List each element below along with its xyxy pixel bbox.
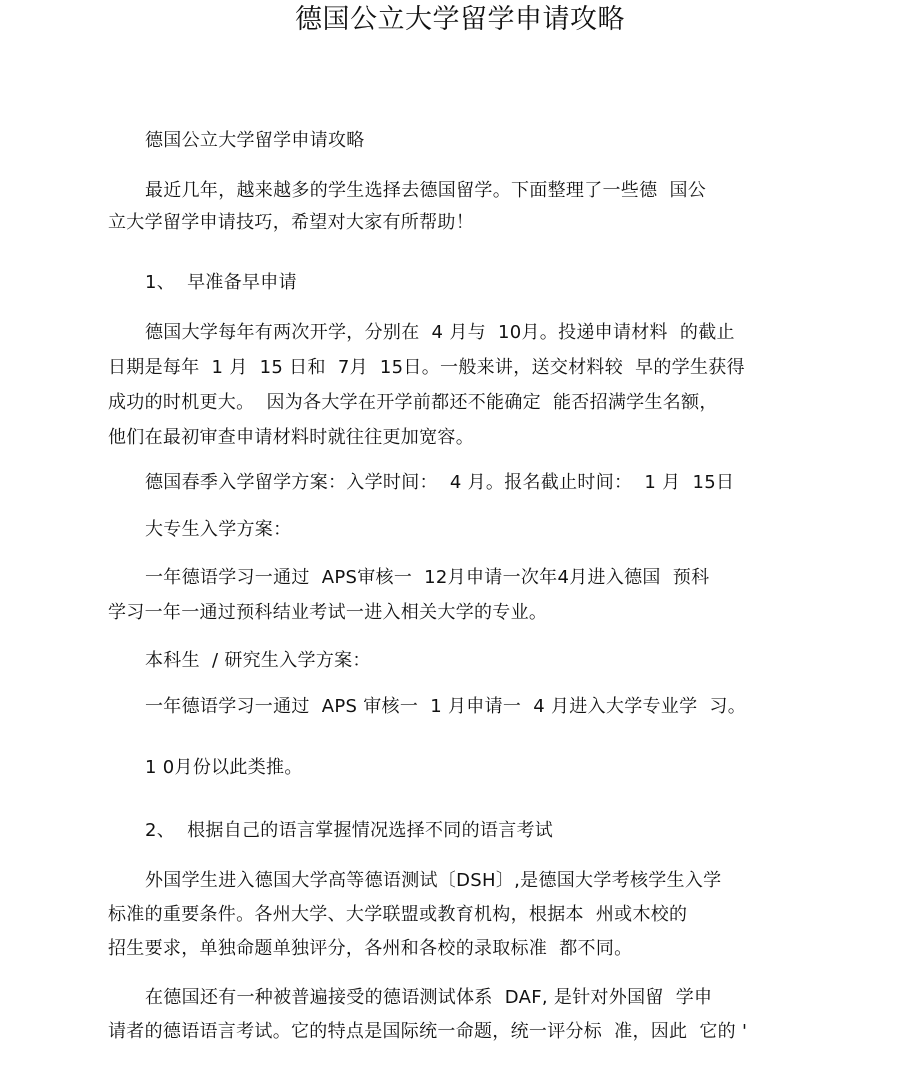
text-line: 1 0月份以此类推。 — [145, 756, 303, 780]
text-line: 他们在最初审查申请材料时就往往更加宽容。 — [108, 426, 474, 450]
text-line: 2、 根据自己的语言掌握情况选择不同的语言考试 — [145, 819, 553, 843]
text-line: 外国学生进入德国大学高等德语测试〔DSH〕,是德国大学考核学生入学 — [145, 869, 721, 893]
text-line: 1、 早准备早申请 — [145, 271, 297, 295]
text-line: 成功的时机更大。 因为各大学在开学前都还不能确定 能否招满学生名额， — [108, 391, 718, 415]
text-line: 学习一年一通过预科结业考试一进入相关大学的专业。 — [108, 601, 547, 625]
text-line: 德国公立大学留学申请攻略 — [145, 129, 365, 153]
text-line: 日期是每年 1 月 15 日和 7月 15日。一般来讲，送交材料较 早的学生获得 — [108, 356, 745, 380]
text-line: 在德国还有一种被普遍接受的德语测试体系 DAF, 是针对外国留 学申 — [145, 986, 712, 1010]
text-line: 德国春季入学留学方案：入学时间： 4 月。报名截止时间： 1 月 15日 — [145, 471, 734, 495]
text-line: 本科生 / 研究生入学方案： — [145, 649, 371, 673]
text-line: 一年德语学习一通过 APS审核一 12月申请一次年4月进入德国 预科 — [145, 566, 709, 590]
text-line: 立大学留学申请技巧，希望对大家有所帮助！ — [108, 211, 474, 235]
text-line: 一年德语学习一通过 APS 审核一 1 月申请一 4 月进入大学专业学 习。 — [145, 695, 746, 719]
document-title: 德国公立大学留学申请攻略 — [0, 2, 920, 38]
text-line: 招生要求，单独命题单独评分，各州和各校的录取标准 都不同。 — [108, 937, 632, 961]
text-line: 大专生入学方案： — [145, 518, 291, 542]
text-line: 标准的重要条件。各州大学、大学联盟或教育机构，根据本 州或木校的 — [108, 903, 687, 927]
text-line: 请者的德语语言考试。它的特点是国际统一命题，统一评分标 准，因此 它的 ' — [108, 1020, 747, 1044]
text-line: 德国大学每年有两次开学，分别在 4 月与 10月。投递申请材料 的截止 — [145, 321, 735, 345]
text-line: 最近几年，越来越多的学生选择去德国留学。下面整理了一些德 国公 — [145, 179, 706, 203]
